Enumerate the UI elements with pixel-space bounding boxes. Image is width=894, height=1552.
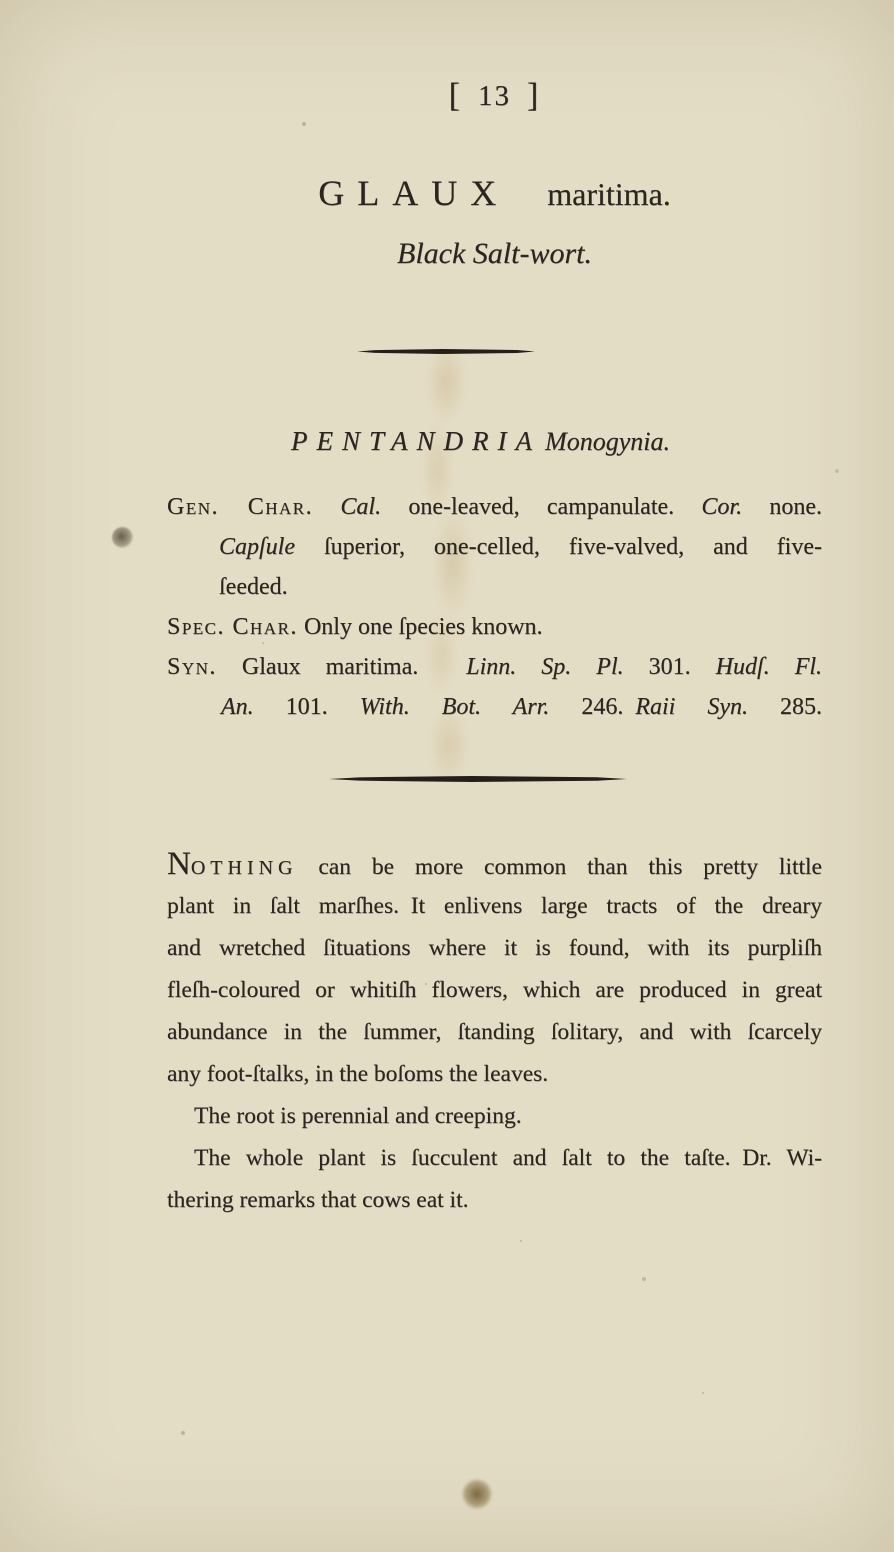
text-segment: 301. [624,654,716,680]
page-number: [13] [167,76,822,114]
text-segment [313,494,340,520]
text-line: Syn. Glaux maritima. Linn. Sp. Pl. 301. … [167,647,822,687]
species-epithet: maritima. [547,176,671,212]
bracket-open: [ [449,77,462,114]
text-segment: The whole plant is ſucculent and ſalt to… [194,1145,822,1171]
text-segment: Only one ſpecies known. [298,614,543,640]
text-segment: Hudſ. Fl. [716,654,822,680]
text-line: and wretched ſituations where it is foun… [167,927,822,969]
book-page-scan: [13] GLAUXmaritima. Black Salt-wort. PEN… [0,0,894,1552]
text-segment: plant in ſalt marſhes. It enlivens large… [167,893,822,919]
text-line: An. 101. With. Bot. Arr. 246. Raii Syn. … [167,687,822,727]
text-line: plant in ſalt marſhes. It enlivens large… [167,885,822,927]
genus-name: GLAUX [318,173,509,213]
text-line: NOTHING can be more common than this pre… [167,843,822,885]
text-line: Capſule ſuperior, one-celled, five-valve… [167,527,822,567]
text-line: fleſh-coloured or whitiſh flowers, which… [167,969,822,1011]
text-segment: thering remarks that cows eat it. [167,1187,468,1213]
text-segment: Raii Syn. [635,694,748,720]
text-segment: Capſule [219,534,295,560]
text-segment: With. Bot. Arr. [360,694,550,720]
text-segment: none. [742,494,822,520]
text-segment: 285. [748,694,822,720]
species-title: GLAUXmaritima. [167,172,822,214]
ornamental-rule-top [357,349,535,354]
text-line: abundance in the ſummer, ſtanding ſolita… [167,1011,822,1053]
text-line: ſeeded. [167,567,822,607]
text-line: Spec. Char. Only one ſpecies known. [167,607,822,647]
text-segment: 246. [549,694,635,720]
gen-char-label: Gen. Char. [167,494,313,520]
linnaean-classification: PENTANDRIAMonogynia. [153,426,808,457]
text-segment: ſeeded. [219,574,288,600]
text-segment: 101. [254,694,360,720]
text-line: Gen. Char. Cal. one-leaved, campanulate.… [167,487,822,527]
text-segment: OTHING [191,857,298,879]
text-segment: fleſh-coloured or whitiſh flowers, which… [167,977,822,1003]
character-section: Gen. Char. Cal. one-leaved, campanulate.… [167,487,822,727]
page-number-value: 13 [478,80,511,112]
text-segment: Cor. [701,494,742,520]
text-line: any foot-ſtalks, in the boſoms the leave… [167,1053,822,1095]
ornamental-rule-middle [329,776,627,782]
text-segment: and wretched ſituations where it is foun… [167,935,822,961]
ink-spot-bottom [462,1479,492,1509]
text-segment: ſuperior, one-celled, five-valved, and f… [295,534,822,560]
text-segment: one-leaved, campanulate. [381,494,701,520]
bracket-close: ] [527,77,540,114]
lead-capital: N [167,846,191,882]
text-line: thering remarks that cows eat it. [167,1179,822,1221]
syn-label: Syn. [167,654,217,680]
text-line: The root is perennial and creeping. [167,1095,822,1137]
text-segment: any foot-ſtalks, in the boſoms the leave… [167,1061,548,1087]
common-name: Black Salt-wort. [167,237,822,271]
spec-char-label: Spec. Char. [167,614,298,640]
order-name: Monogynia. [545,427,670,456]
text-segment: Cal. [340,494,381,520]
description-section: NOTHING can be more common than this pre… [167,843,822,1221]
text-segment: The root is perennial and creeping. [194,1103,522,1129]
text-segment: Linn. Sp. Pl. [466,654,623,680]
text-segment: Glaux maritima. [217,654,466,680]
text-segment: can be more common than this pretty litt… [298,854,823,880]
ink-spot-left [112,527,133,548]
text-segment: abundance in the ſummer, ſtanding ſolita… [167,1019,822,1045]
text-block: [13] GLAUXmaritima. Black Salt-wort. PEN… [167,0,822,1552]
paper-specks [0,0,2,2]
class-name: PENTANDRIA [291,426,541,456]
text-line: The whole plant is ſucculent and ſalt to… [167,1137,822,1179]
text-segment: An. [221,694,254,720]
